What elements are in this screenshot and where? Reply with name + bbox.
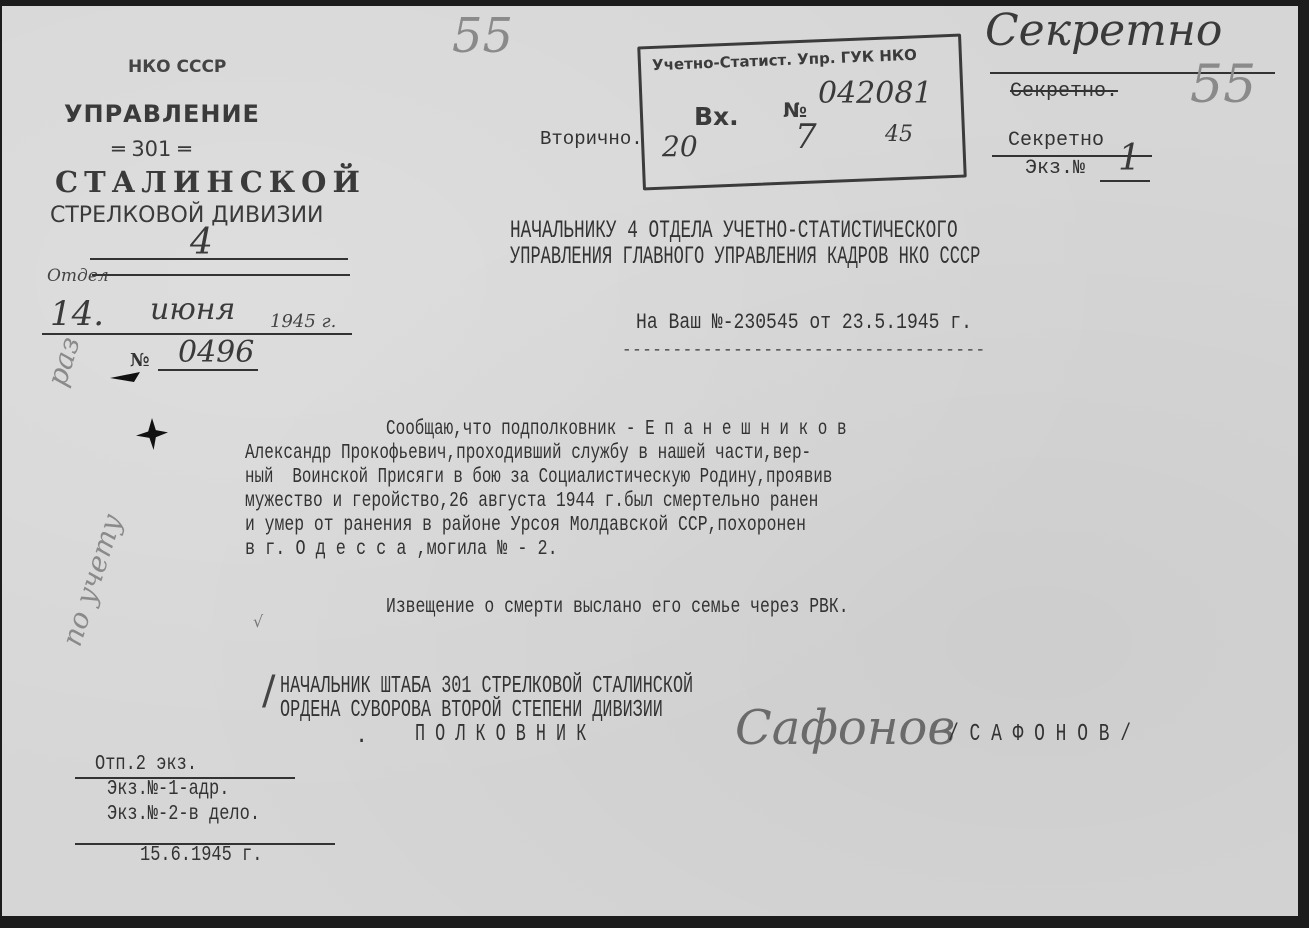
signatory-dot: . (355, 724, 368, 749)
body-line-3: ный Воинской Присяги в бою за Социалисти… (245, 465, 1008, 488)
body-line-1: Сообщаю,что подполковник - Е п а н е ш н… (386, 417, 977, 440)
body-line-1-text: Сообщаю,что подполковник - Е п а н е ш н… (386, 417, 847, 441)
signatory-name: / С А Ф О Н О В / (948, 720, 1183, 746)
body-line-5: и умер от ранения в районе Урсоя Молдавс… (245, 513, 946, 536)
org-stamp-line2: ═ 301 ═ (112, 137, 191, 161)
date-day: 14. (50, 294, 104, 334)
death-notice-text: Извещение о смерти выслано его семье чер… (386, 595, 849, 619)
addressee-line-1: НАЧАЛЬНИКУ 4 ОТДЕЛА УЧЕТНО-СТАТИСТИЧЕСКО… (510, 217, 1115, 244)
incoming-stamp-vx: Вх. (694, 102, 739, 131)
distribution-line-2: Экз.№-1-адр. (107, 777, 251, 800)
department-underline (90, 258, 348, 260)
classification-handwritten: Секретно (985, 5, 1222, 56)
check-mark-icon: √ (253, 612, 263, 631)
signatory-title-line-2: ОРДЕНА СУВОРОВА ВТОРОЙ СТЕПЕНИ ДИВИЗИИ (280, 696, 805, 722)
classification-typed: Секретно (1008, 129, 1104, 152)
secondary-mark: Вторично. (540, 128, 643, 150)
body-line-3-text: ный Воинской Присяги в бою за Социалисти… (245, 465, 832, 489)
handwritten-signature: Сафонов (735, 700, 955, 756)
body-line-5-text: и умер от ранения в районе Урсоя Молдавс… (245, 513, 806, 537)
date-year: 1945 г. (270, 311, 336, 332)
pencil-page-number-right: 55 (1190, 55, 1256, 115)
body-line-4-text: мужество и геройство,26 августа 1944 г.б… (245, 489, 818, 513)
signatory-title-line-1: НАЧАЛЬНИК ШТАБА 301 СТРЕЛКОВОЙ СТАЛИНСКО… (280, 672, 846, 698)
incoming-month: 7 (795, 117, 817, 157)
addressee-line-2: УПРАВЛЕНИЯ ГЛАВНОГО УПРАВЛЕНИЯ КАДРОВ НК… (510, 243, 1173, 270)
signatory-rank: П О Л К О В Н И К (415, 720, 650, 746)
org-stamp-line4: СТРЕЛКОВОЙ ДИВИЗИИ (50, 203, 324, 228)
org-stamp-line1: УПРАВЛЕНИЕ (64, 100, 260, 128)
classification-struck: Секретно. (1010, 80, 1118, 103)
signatory-name-text: / С А Ф О Н О В / (948, 720, 1131, 747)
distribution-line-3: Экз.№-2-в дело. (107, 802, 287, 825)
signatory-rank-text: П О Л К О В Н И К (415, 720, 586, 747)
pencil-page-number: 55 (452, 8, 513, 64)
death-notice-line: Извещение о смерти выслано его семье чер… (386, 595, 964, 618)
distribution-date: 15.6.1945 г. (140, 843, 284, 866)
department-field-line (92, 274, 350, 276)
number-label: № (130, 350, 150, 371)
reference-underline: ------------------------------------ (622, 341, 986, 359)
body-line-4: мужество и геройство,26 августа 1944 г.б… (245, 489, 971, 512)
department-label: Отдел (47, 266, 109, 286)
incoming-reg-number: 042081 (818, 76, 933, 111)
body-line-6: в г. О д е с с а ,могила № - 2. (245, 537, 626, 560)
department-value: 4 (190, 222, 213, 263)
body-line-2: Александр Прокофьевич,проходивший службу… (245, 441, 971, 464)
copy-number-underline (1100, 180, 1150, 182)
number-field-line (158, 369, 258, 371)
distribution-date-text: 15.6.1945 г. (140, 843, 262, 867)
date-month: июня (150, 292, 235, 327)
distribution-line-3-text: Экз.№-2-в дело. (107, 802, 260, 826)
distribution-line-1: Отп.2 экз. (95, 752, 215, 775)
incoming-day: 20 (662, 130, 698, 163)
org-stamp-line3: СТАЛИНСКОЙ (55, 165, 366, 199)
incoming-year: 45 (885, 122, 913, 147)
body-line-2-text: Александр Прокофьевич,проходивший службу… (245, 441, 811, 465)
reference-line: На Ваш №-230545 от 23.5.1945 г. (636, 311, 1027, 334)
copy-label: Экз.№ (1025, 157, 1085, 180)
number-value: 0496 (178, 335, 254, 370)
distribution-line-2-text: Экз.№-1-адр. (107, 777, 229, 801)
signature-slash: / (262, 668, 275, 714)
distribution-line-1-text: Отп.2 экз. (95, 752, 197, 776)
org-stamp-top: НКО СССР (128, 57, 226, 77)
addressee-line-1-text: НАЧАЛЬНИКУ 4 ОТДЕЛА УЧЕТНО-СТАТИСТИЧЕСКО… (510, 217, 958, 245)
copy-number: 1 (1118, 138, 1141, 179)
reference-text: На Ваш №-230545 от 23.5.1945 г. (636, 311, 972, 335)
addressee-line-2-text: УПРАВЛЕНИЯ ГЛАВНОГО УПРАВЛЕНИЯ КАДРОВ НК… (510, 243, 980, 271)
body-line-6-text: в г. О д е с с а ,могила № - 2. (245, 537, 558, 561)
